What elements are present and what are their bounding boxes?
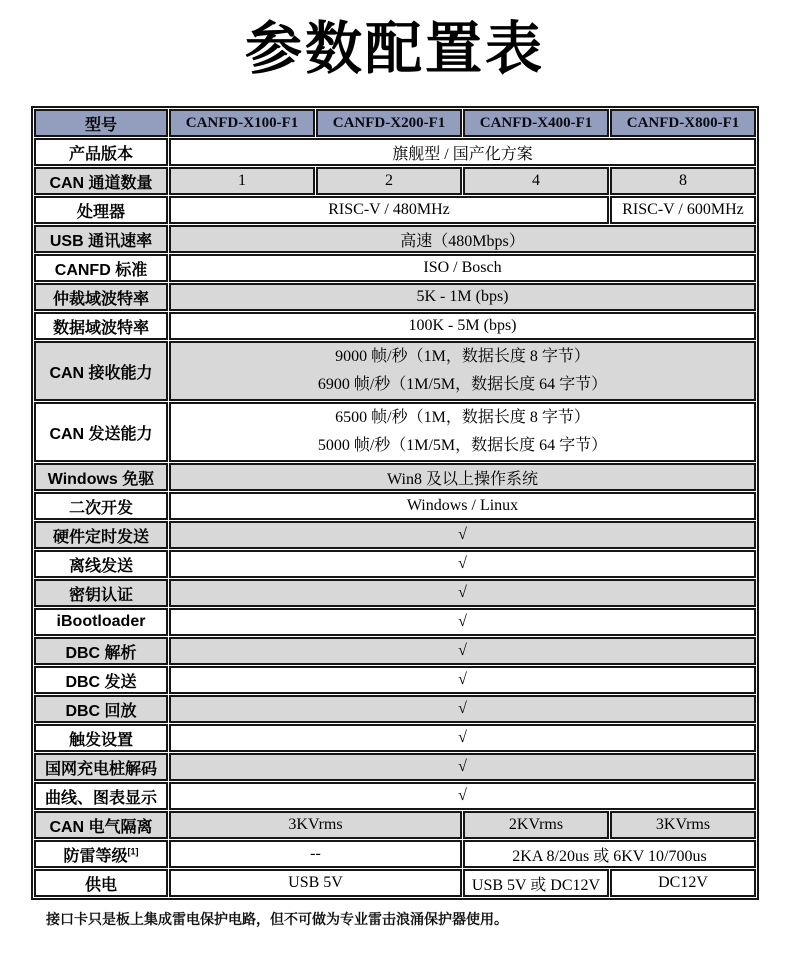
row-label: 产品版本 (34, 138, 168, 166)
row-label: 离线发送 (34, 550, 168, 578)
row-label: CANFD 标准 (34, 254, 168, 282)
row-label: DBC 回放 (34, 695, 168, 723)
row-label: 硬件定时发送 (34, 521, 168, 549)
table-row: 国网充电桩解码√ (34, 753, 756, 781)
spec-value-cell: USB 5V 或 DC12V (463, 869, 609, 897)
row-label: DBC 解析 (34, 637, 168, 665)
spec-value-line: 9000 帧/秒（1M，数据长度 8 字节） (173, 343, 752, 371)
spec-value-cell: Win8 及以上操作系统 (169, 463, 756, 491)
table-row: 二次开发Windows / Linux (34, 492, 756, 520)
spec-value-cell: 3KVrms (610, 811, 756, 839)
spec-value-cell: RISC-V / 600MHz (610, 196, 756, 224)
spec-table: 型号CANFD-X100-F1CANFD-X200-F1CANFD-X400-F… (31, 106, 759, 900)
spec-value-cell: ISO / Bosch (169, 254, 756, 282)
header-row: 型号CANFD-X100-F1CANFD-X200-F1CANFD-X400-F… (34, 109, 756, 137)
spec-value-cell: √ (169, 579, 756, 607)
table-row: 数据域波特率100K - 5M (bps) (34, 312, 756, 340)
table-row: DBC 发送√ (34, 666, 756, 694)
table-row: iBootloader√ (34, 608, 756, 636)
row-label: 二次开发 (34, 492, 168, 520)
spec-value-cell: 3KVrms (169, 811, 462, 839)
spec-value-cell: RISC-V / 480MHz (169, 196, 609, 224)
spec-value-cell: USB 5V (169, 869, 462, 897)
spec-value-cell: 旗舰型 / 国产化方案 (169, 138, 756, 166)
row-label: 数据域波特率 (34, 312, 168, 340)
table-row: CAN 电气隔离3KVrms2KVrms3KVrms (34, 811, 756, 839)
table-row: 处理器RISC-V / 480MHzRISC-V / 600MHz (34, 196, 756, 224)
table-header: 型号CANFD-X100-F1CANFD-X200-F1CANFD-X400-F… (34, 109, 756, 137)
spec-value-cell: -- (169, 840, 462, 868)
spec-value-cell: √ (169, 637, 756, 665)
spec-value-cell: 9000 帧/秒（1M，数据长度 8 字节）6900 帧/秒（1M/5M，数据长… (169, 341, 756, 401)
spec-value-cell: 4 (463, 167, 609, 195)
table-row: DBC 解析√ (34, 637, 756, 665)
table-row: Windows 免驱Win8 及以上操作系统 (34, 463, 756, 491)
table-row: CAN 通道数量1248 (34, 167, 756, 195)
table-row: DBC 回放√ (34, 695, 756, 723)
table-row: CANFD 标准ISO / Bosch (34, 254, 756, 282)
spec-value-cell: 1 (169, 167, 315, 195)
row-label: CAN 发送能力 (34, 402, 168, 462)
row-label: 仲裁域波特率 (34, 283, 168, 311)
row-label: 供电 (34, 869, 168, 897)
table-row: 供电USB 5VUSB 5V 或 DC12VDC12V (34, 869, 756, 897)
table-row: 产品版本旗舰型 / 国产化方案 (34, 138, 756, 166)
spec-value-cell: √ (169, 695, 756, 723)
spec-value-cell: 5K - 1M (bps) (169, 283, 756, 311)
spec-value-line: 5000 帧/秒（1M/5M，数据长度 64 字节） (173, 432, 752, 460)
row-label: 触发设置 (34, 724, 168, 752)
spec-value-cell: √ (169, 724, 756, 752)
spec-value-cell: 6500 帧/秒（1M，数据长度 8 字节）5000 帧/秒（1M/5M，数据长… (169, 402, 756, 462)
table-row: CAN 接收能力9000 帧/秒（1M，数据长度 8 字节）6900 帧/秒（1… (34, 341, 756, 401)
spec-value-cell: 2KA 8/20us 或 6KV 10/700us (463, 840, 756, 868)
header-model-cell: CANFD-X800-F1 (610, 109, 756, 137)
row-label: 曲线、图表显示 (34, 782, 168, 810)
spec-value-cell: √ (169, 782, 756, 810)
row-label: 防雷等级[1] (34, 840, 168, 868)
spec-value-cell: 2KVrms (463, 811, 609, 839)
spec-value-cell: Windows / Linux (169, 492, 756, 520)
spec-value-cell: 8 (610, 167, 756, 195)
spec-value-cell: DC12V (610, 869, 756, 897)
spec-value-cell: √ (169, 608, 756, 636)
spec-value-cell: √ (169, 666, 756, 694)
spec-value-line: 6500 帧/秒（1M，数据长度 8 字节） (173, 404, 752, 432)
table-row: 防雷等级[1]--2KA 8/20us 或 6KV 10/700us (34, 840, 756, 868)
table-row: 离线发送√ (34, 550, 756, 578)
header-model-cell: CANFD-X100-F1 (169, 109, 315, 137)
spec-value-cell: √ (169, 753, 756, 781)
table-row: 硬件定时发送√ (34, 521, 756, 549)
page: 参数配置表 型号CANFD-X100-F1CANFD-X200-F1CANFD-… (0, 0, 790, 972)
row-label: 处理器 (34, 196, 168, 224)
row-label: CAN 接收能力 (34, 341, 168, 401)
spec-value-line: 6900 帧/秒（1M/5M，数据长度 64 字节） (173, 371, 752, 399)
table-row: 触发设置√ (34, 724, 756, 752)
row-label: USB 通讯速率 (34, 225, 168, 253)
row-label: 国网充电桩解码 (34, 753, 168, 781)
row-label: iBootloader (34, 608, 168, 636)
header-model-label: 型号 (34, 109, 168, 137)
page-title: 参数配置表 (0, 6, 790, 92)
row-label: CAN 通道数量 (34, 167, 168, 195)
spec-value-cell: 2 (316, 167, 462, 195)
spec-value-cell: √ (169, 550, 756, 578)
row-label: Windows 免驱 (34, 463, 168, 491)
header-model-cell: CANFD-X400-F1 (463, 109, 609, 137)
table-row: 曲线、图表显示√ (34, 782, 756, 810)
spec-value-cell: 100K - 5M (bps) (169, 312, 756, 340)
table-row: 密钥认证√ (34, 579, 756, 607)
spec-value-cell: √ (169, 521, 756, 549)
table-row: CAN 发送能力6500 帧/秒（1M，数据长度 8 字节）5000 帧/秒（1… (34, 402, 756, 462)
row-label: CAN 电气隔离 (34, 811, 168, 839)
footnote: 接口卡只是板上集成雷电保护电路，但不可做为专业雷击浪涌保护器使用。 (46, 909, 790, 929)
row-label: DBC 发送 (34, 666, 168, 694)
header-model-cell: CANFD-X200-F1 (316, 109, 462, 137)
row-label: 密钥认证 (34, 579, 168, 607)
row-label-superscript: [1] (128, 846, 139, 856)
table-row: 仲裁域波特率5K - 1M (bps) (34, 283, 756, 311)
table-body: 产品版本旗舰型 / 国产化方案CAN 通道数量1248处理器RISC-V / 4… (34, 138, 756, 897)
table-row: USB 通讯速率高速（480Mbps） (34, 225, 756, 253)
spec-value-cell: 高速（480Mbps） (169, 225, 756, 253)
